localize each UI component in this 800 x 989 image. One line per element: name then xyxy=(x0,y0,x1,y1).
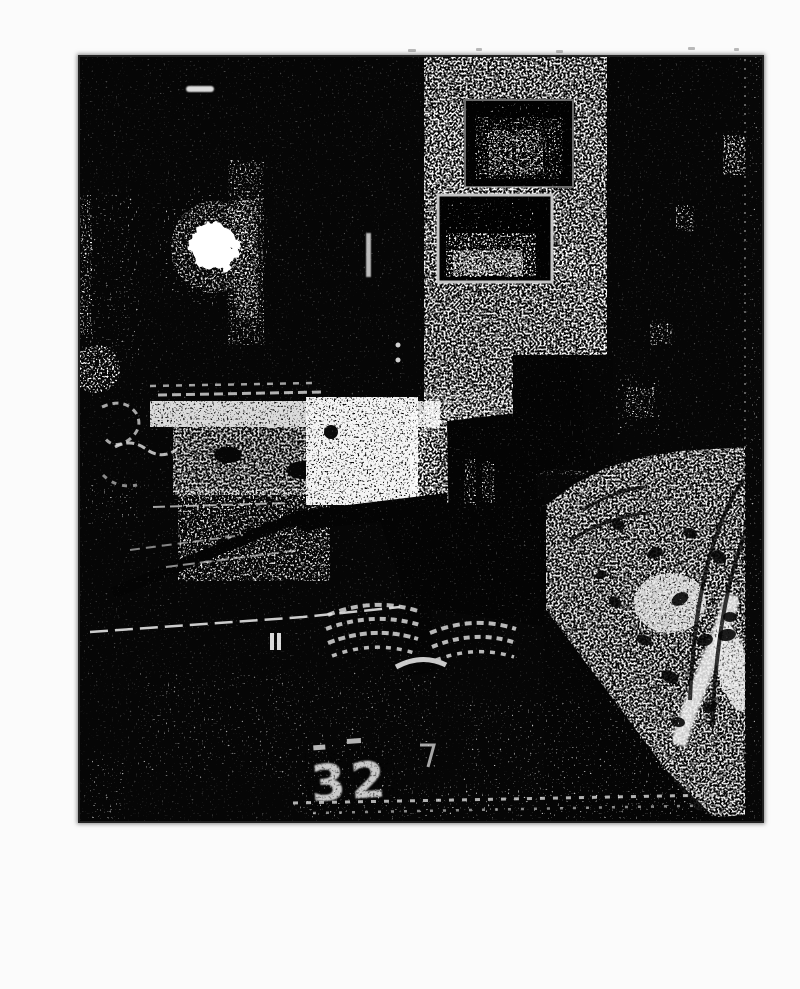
scan-speck xyxy=(408,49,416,52)
photo-canvas: 32 xyxy=(78,55,764,823)
scan-speck xyxy=(476,48,482,51)
scan-speck xyxy=(556,50,563,53)
scanned-page: 32 xyxy=(0,0,800,989)
scan-speck xyxy=(734,48,739,51)
scan-speck xyxy=(688,47,695,50)
film-grain xyxy=(78,55,764,823)
photocopied-photo: 32 xyxy=(78,55,764,823)
